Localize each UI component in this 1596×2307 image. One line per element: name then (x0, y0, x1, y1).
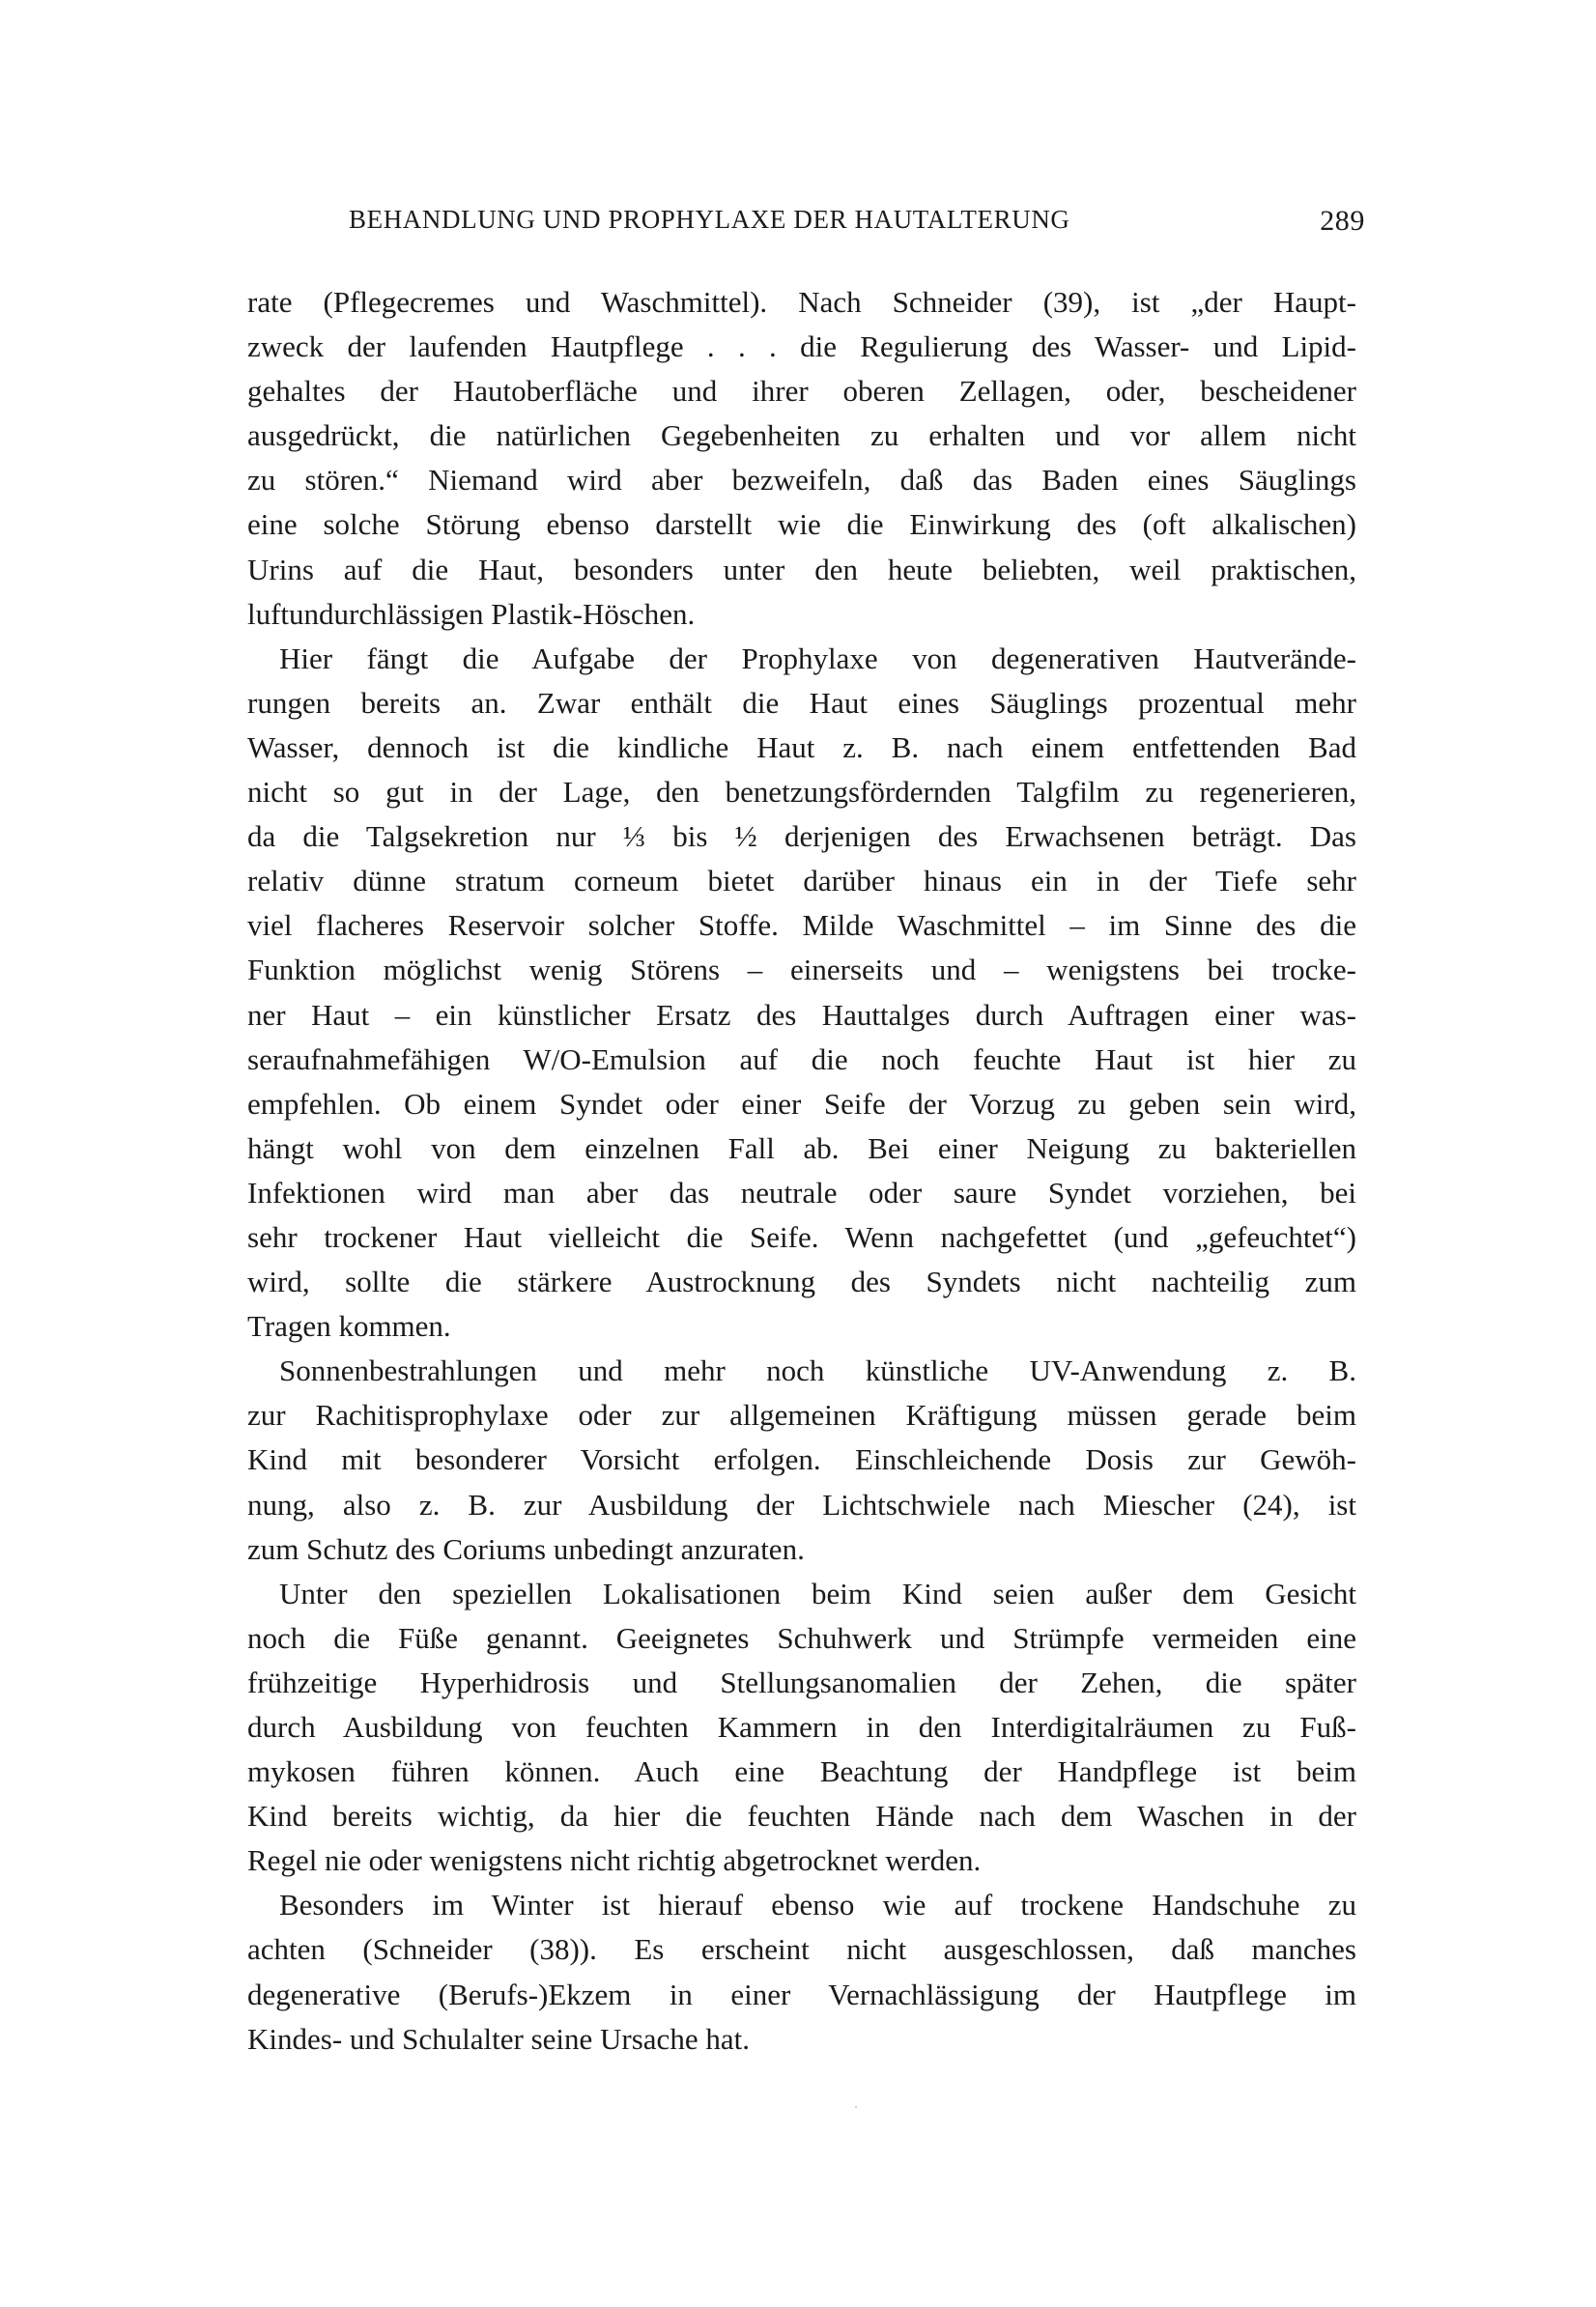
paragraph: Sonnenbestrahlungen und mehr noch künstl… (247, 1349, 1356, 1571)
text-line: Regel nie oder wenigstens nicht richtig … (247, 1838, 1356, 1883)
text-line: zweck der laufenden Hautpflege . . . die… (247, 325, 1356, 369)
text-line: zu stören.“ Niemand wird aber bezweifeln… (247, 458, 1356, 502)
text-line: eine solche Störung ebenso darstellt wie… (247, 502, 1356, 547)
paragraph: Besonders im Winter ist hierauf ebenso w… (247, 1883, 1356, 2061)
text-line: degenerative (Berufs-)Ekzem in einer Ver… (247, 1973, 1356, 2017)
page-number: 289 (1320, 205, 1365, 238)
text-line: gehaltes der Hautoberfläche und ihrer ob… (247, 369, 1356, 413)
paragraph: Unter den speziellen Lokalisationen beim… (247, 1572, 1356, 1884)
text-line: viel flacheres Reservoir solcher Stoffe.… (247, 903, 1356, 948)
text-line: Hier fängt die Aufgabe der Prophylaxe vo… (247, 637, 1356, 681)
text-line: seraufnahmefähigen W/O-Emulsion auf die … (247, 1038, 1356, 1082)
scan-speck (855, 2106, 857, 2108)
text-line: nung, also z. B. zur Ausbildung der Lich… (247, 1483, 1356, 1527)
text-line: mykosen führen können. Auch eine Beachtu… (247, 1750, 1356, 1794)
text-line: Kind mit besonderer Vorsicht erfolgen. E… (247, 1438, 1356, 1482)
text-line: noch die Füße genannt. Geeignetes Schuhw… (247, 1616, 1356, 1661)
text-line: ner Haut – ein künstlicher Ersatz des Ha… (247, 993, 1356, 1038)
text-line: wird, sollte die stärkere Austrocknung d… (247, 1260, 1356, 1304)
text-line: Tragen kommen. (247, 1304, 1356, 1349)
text-line: achten (Schneider (38)). Es erscheint ni… (247, 1927, 1356, 1972)
text-line: Besonders im Winter ist hierauf ebenso w… (247, 1883, 1356, 1927)
text-line: zum Schutz des Coriums unbedingt anzurat… (247, 1527, 1356, 1572)
text-line: rungen bereits an. Zwar enthält die Haut… (247, 681, 1356, 726)
text-line: Infektionen wird man aber das neutrale o… (247, 1171, 1356, 1215)
running-header: BEHANDLUNG UND PROPHYLAXE DER HAUTALTERU… (349, 205, 1365, 243)
text-line: Funktion möglichst wenig Störens – einer… (247, 948, 1356, 992)
text-line: da die Talgsekretion nur ⅓ bis ½ derjeni… (247, 814, 1356, 859)
text-line: hängt wohl von dem einzelnen Fall ab. Be… (247, 1126, 1356, 1171)
text-line: ausgedrückt, die natürlichen Gegebenheit… (247, 413, 1356, 458)
text-line: Kind bereits wichtig, da hier die feucht… (247, 1794, 1356, 1838)
running-title: BEHANDLUNG UND PROPHYLAXE DER HAUTALTERU… (349, 205, 1070, 235)
text-line: Unter den speziellen Lokalisationen beim… (247, 1572, 1356, 1616)
paragraph: Hier fängt die Aufgabe der Prophylaxe vo… (247, 637, 1356, 1350)
text-line: empfehlen. Ob einem Syndet oder einer Se… (247, 1082, 1356, 1126)
text-line: nicht so gut in der Lage, den benetzungs… (247, 770, 1356, 814)
text-line: durch Ausbildung von feuchten Kammern in… (247, 1705, 1356, 1750)
text-line: rate (Pflegecremes und Waschmittel). Nac… (247, 280, 1356, 325)
text-line: Wasser, dennoch ist die kindliche Haut z… (247, 726, 1356, 770)
text-line: Urins auf die Haut, besonders unter den … (247, 548, 1356, 592)
paragraph: rate (Pflegecremes und Waschmittel). Nac… (247, 280, 1356, 637)
text-line: relativ dünne stratum corneum bietet dar… (247, 859, 1356, 903)
text-line: frühzeitige Hyperhidrosis und Stellungsa… (247, 1661, 1356, 1705)
text-line: sehr trockener Haut vielleicht die Seife… (247, 1215, 1356, 1260)
text-line: Sonnenbestrahlungen und mehr noch künstl… (247, 1349, 1356, 1393)
book-page: BEHANDLUNG UND PROPHYLAXE DER HAUTALTERU… (0, 0, 1596, 2307)
text-line: luftundurchlässigen Plastik-Höschen. (247, 592, 1356, 637)
text-line: Kindes- und Schulalter seine Ursache hat… (247, 2017, 1356, 2062)
text-line: zur Rachitisprophylaxe oder zur allgemei… (247, 1393, 1356, 1438)
body-text: rate (Pflegecremes und Waschmittel). Nac… (247, 280, 1356, 2062)
